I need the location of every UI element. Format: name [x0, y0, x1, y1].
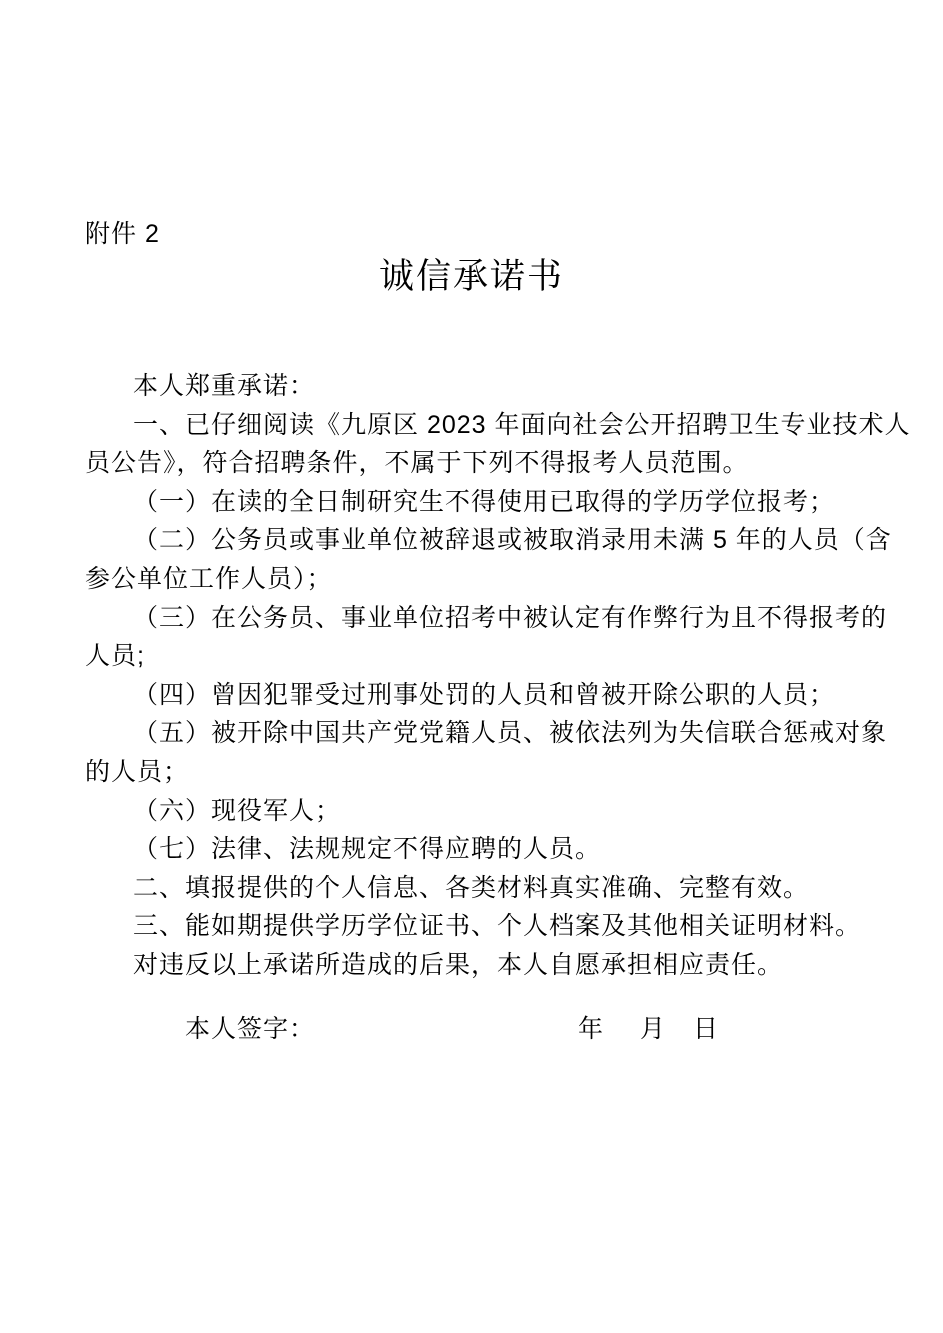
body-line: 三、能如期提供学历学位证书、个人档案及其他相关证明材料。 [85, 907, 903, 946]
body-line: 人员; [85, 637, 903, 676]
body-line-liability: 对违反以上承诺所造成的后果，本人自愿承担相应责任。 [85, 946, 903, 985]
body-line: （一）在读的全日制研究生不得使用已取得的学历学位报考； [85, 483, 903, 522]
document-title: 诚信承诺书 [0, 254, 943, 299]
body-line: （三）在公务员、事业单位招考中被认定有作弊行为且不得报考的 [85, 599, 903, 638]
document-body: 本人郑重承诺： 一、已仔细阅读《九原区 2023 年面向社会公开招聘卫生专业技术… [0, 367, 943, 985]
body-line: （六）现役军人； [85, 792, 903, 831]
date-year-label: 年 [578, 1009, 603, 1049]
body-line: （二）公务员或事业单位被辞退或被取消录用未满 5 年的人员（含 [85, 521, 903, 560]
signature-row: 本人签字： 年 月 日 [0, 1009, 943, 1049]
body-line-pledge-intro: 本人郑重承诺： [85, 367, 903, 406]
attachment-label: 附件 2 [0, 0, 943, 254]
date-day-label: 日 [693, 1009, 718, 1049]
body-line: 参公单位工作人员）； [85, 560, 903, 599]
body-line: 二、填报提供的个人信息、各类材料真实准确、完整有效。 [85, 869, 903, 908]
date-month-label: 月 [640, 1009, 665, 1049]
body-line: （五）被开除中国共产党党籍人员、被依法列为失信联合惩戒对象 [85, 714, 903, 753]
body-line: 员公告》，符合招聘条件，不属于下列不得报考人员范围。 [85, 444, 903, 483]
body-line: （四）曾因犯罪受过刑事处罚的人员和曾被开除公职的人员； [85, 676, 903, 715]
body-line: （七）法律、法规规定不得应聘的人员。 [85, 830, 903, 869]
body-line: 一、已仔细阅读《九原区 2023 年面向社会公开招聘卫生专业技术人 [85, 406, 903, 445]
document-page: 附件 2 诚信承诺书 本人郑重承诺： 一、已仔细阅读《九原区 2023 年面向社… [0, 0, 943, 1333]
body-line: 的人员； [85, 753, 903, 792]
signature-label: 本人签字： [185, 1009, 315, 1049]
